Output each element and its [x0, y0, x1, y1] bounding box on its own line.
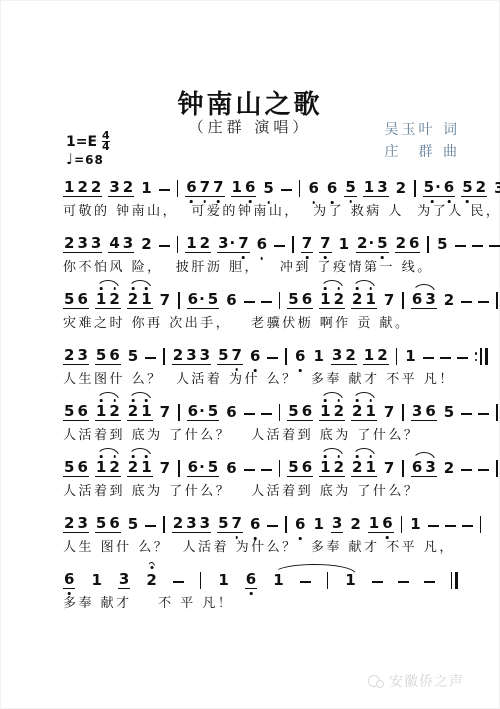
- note-group: [261, 301, 272, 309]
- slur-arc: [352, 448, 376, 458]
- note: 3: [91, 236, 101, 251]
- note: 6: [77, 404, 87, 419]
- barline: [496, 292, 498, 309]
- duration-dash: [398, 581, 409, 583]
- note: 1: [364, 348, 374, 363]
- note: 5: [64, 404, 74, 419]
- note: 7: [200, 180, 210, 195]
- score-system: 56122176·565612217632人活着到 底为 了什么？ 人活着到 底…: [63, 448, 474, 498]
- note: 5: [218, 516, 228, 531]
- note-group: 21: [127, 460, 153, 477]
- note-group: [159, 189, 170, 197]
- note: 1: [313, 517, 323, 532]
- note-group: 43: [108, 236, 134, 253]
- note-group: [478, 413, 489, 421]
- time-signature: 4 4: [102, 131, 110, 152]
- note-group: 6·5: [187, 404, 220, 421]
- slur-arc: [320, 280, 344, 290]
- barline: [496, 460, 498, 477]
- note-group: 6: [245, 572, 257, 589]
- note-group: [145, 525, 156, 533]
- duration-dash: [274, 245, 285, 247]
- note-group: [244, 469, 255, 477]
- barline: [178, 404, 180, 421]
- note: 1: [339, 237, 349, 252]
- note-group: 16: [231, 180, 257, 197]
- note-group: 21: [351, 404, 377, 421]
- note-group: 2: [395, 181, 407, 197]
- note: 5: [288, 404, 298, 419]
- note-group: 6: [307, 181, 319, 197]
- note-group: 2: [145, 573, 157, 589]
- note: 2·: [357, 236, 374, 251]
- note: 2: [141, 237, 151, 252]
- note-group: 32: [108, 180, 134, 197]
- note: 7: [160, 293, 170, 308]
- key-time-signature: 1=E 4 4: [66, 131, 110, 152]
- note-group: 2: [140, 237, 152, 253]
- note-group: 6: [256, 237, 268, 253]
- lyricist-credit: 吴玉叶 词: [385, 119, 460, 141]
- note-group: 6: [63, 572, 75, 589]
- note: 5: [96, 348, 106, 363]
- note-group: 32: [331, 348, 357, 365]
- lyrics-line: 多奉 献才 不 平 凡！: [63, 592, 474, 610]
- note: 1: [96, 460, 106, 475]
- note: 2: [173, 516, 183, 531]
- note-group: [244, 301, 255, 309]
- note-group: 12: [95, 404, 121, 421]
- note: 1: [218, 573, 228, 588]
- octave-dot-below: [386, 536, 389, 539]
- lyrics-line: 你不怕风 险， 披肝沥 胆， 冲到 了疫情第一 线。: [63, 256, 474, 274]
- note: 1: [96, 292, 106, 307]
- note: 6: [226, 293, 236, 308]
- duration-dash: [281, 189, 292, 191]
- note-group: 7: [319, 236, 331, 253]
- octave-dot-below: [331, 201, 334, 204]
- note-group: 5: [344, 180, 356, 197]
- duration-dash: [300, 581, 311, 583]
- note-group: 3·7: [217, 236, 250, 253]
- note-group: 5: [436, 237, 448, 253]
- lyrics-line: 人生 图什 么？ 人活着 为什么？ 多奉 献才 不平 凡，: [63, 536, 474, 554]
- note-group: 12: [319, 292, 345, 309]
- notation-line: 1223216771656651325·6523: [63, 168, 474, 197]
- octave-dot-below: [381, 256, 384, 259]
- note: 6: [302, 292, 312, 307]
- note-group: [281, 189, 292, 197]
- octave-dot-below: [431, 200, 434, 203]
- note-group: [267, 357, 278, 365]
- note-group: 12: [185, 236, 211, 253]
- duration-dash: [244, 413, 255, 415]
- barline: [285, 516, 287, 533]
- score-system: 235652335766132161人生 图什 么？ 人活着 为什么？ 多奉 献…: [63, 504, 474, 554]
- duration-dash: [372, 581, 383, 583]
- note: 5: [64, 460, 74, 475]
- notation-line: 56122176·565612217632: [63, 448, 474, 477]
- score-system: 56122176·565612217365人活着到 底为 了什么？ 人活着到 底…: [63, 392, 474, 442]
- note: 4: [109, 236, 119, 251]
- barline: [200, 572, 202, 589]
- note-group: 677: [185, 180, 224, 197]
- note: 5·: [424, 180, 441, 195]
- note-group: 3: [493, 181, 500, 197]
- note: 6: [250, 349, 260, 364]
- note-group: 57: [217, 348, 243, 365]
- duration-dash: [462, 525, 473, 527]
- score-system: 56122176·565612217632灾难之时 你再 次出手， 老骥伏枥 啊…: [63, 280, 474, 330]
- duration-dash: [461, 413, 472, 415]
- octave-dot-below: [324, 256, 327, 259]
- note: 1: [273, 573, 283, 588]
- note: 5: [444, 405, 454, 420]
- note: 6: [246, 572, 256, 587]
- slur-arc: [96, 392, 120, 402]
- barline: [285, 348, 287, 365]
- slur-arc: [273, 564, 355, 574]
- note-group: 36: [411, 404, 437, 421]
- note: 2: [352, 292, 362, 307]
- note-group: 56: [63, 404, 89, 421]
- duration-dash: [461, 301, 472, 303]
- note-group: 6: [225, 293, 237, 309]
- barline: [401, 516, 403, 533]
- note-group: 5: [127, 517, 139, 533]
- note: 7: [160, 405, 170, 420]
- barline: [475, 348, 488, 365]
- barline: [163, 516, 165, 533]
- note: 3: [425, 460, 435, 475]
- duration-dash: [445, 525, 456, 527]
- note: 5: [263, 181, 273, 196]
- note-group: 56: [287, 292, 313, 309]
- note-group: 21: [351, 460, 377, 477]
- note: 6: [412, 460, 422, 475]
- note: 1: [91, 573, 101, 588]
- duration-dash: [173, 581, 184, 583]
- note: 5: [288, 292, 298, 307]
- note: 1: [410, 517, 420, 532]
- note: 1: [345, 573, 355, 588]
- sheet-music-page: 钟南山之歌 （庄群 演唱） 吴玉叶 词 庄 群 曲 1=E 4 4 ♩=68 1…: [0, 0, 500, 709]
- note: 1: [365, 460, 375, 475]
- note-group: 56: [95, 348, 121, 365]
- octave-dot-below: [466, 200, 469, 203]
- note: 3: [77, 348, 87, 363]
- note: 2: [476, 180, 486, 195]
- duration-dash: [244, 469, 255, 471]
- note: 7: [238, 236, 248, 251]
- note-group: 56: [95, 516, 121, 533]
- lyrics-line: 灾难之时 你再 次出手， 老骥伏枥 啊作 贡 献。: [63, 312, 474, 330]
- note: 6: [302, 460, 312, 475]
- slur-arc: [96, 280, 120, 290]
- note-group: 2·5: [356, 236, 389, 253]
- note-group: [457, 357, 468, 365]
- slur-arc: [320, 392, 344, 402]
- barline: [451, 572, 459, 589]
- duration-dash: [489, 245, 500, 247]
- duration-dash: [478, 301, 489, 303]
- note-group: 1: [338, 237, 350, 253]
- note: 6: [409, 236, 419, 251]
- duration-dash: [145, 525, 156, 527]
- note: 5: [377, 236, 387, 251]
- note: 6: [412, 292, 422, 307]
- note: 1: [365, 404, 375, 419]
- note: 7: [384, 405, 394, 420]
- note-group: 63: [411, 292, 437, 309]
- note: 1: [141, 404, 151, 419]
- octave-dot-below: [254, 369, 257, 372]
- note-group: 6: [294, 349, 306, 365]
- octave-dot-below: [349, 200, 352, 203]
- note-group: 1: [217, 573, 229, 589]
- note: 1: [186, 236, 196, 251]
- duration-dash: [159, 245, 170, 247]
- duration-dash: [423, 357, 434, 359]
- note-group: 5·6: [423, 180, 456, 197]
- octave-dot-below: [235, 536, 238, 539]
- note-group: 7: [159, 461, 171, 477]
- slur-arc: [320, 448, 344, 458]
- note: 2: [64, 348, 74, 363]
- duration-dash: [461, 469, 472, 471]
- duration-dash: [424, 581, 435, 583]
- note-group: 12: [363, 348, 389, 365]
- note-group: 63: [411, 460, 437, 477]
- note-group: 6: [249, 349, 261, 365]
- note-group: 1: [312, 517, 324, 533]
- note: 1: [141, 181, 151, 196]
- quarter-note-icon: ♩: [66, 150, 74, 168]
- barline: [292, 236, 294, 253]
- note-group: [462, 525, 473, 533]
- note: 2: [334, 404, 344, 419]
- note: 3: [186, 516, 196, 531]
- note-group: 1: [404, 349, 416, 365]
- note: 6·: [188, 460, 205, 475]
- duration-dash: [261, 469, 272, 471]
- note-group: [423, 357, 434, 365]
- octave-dot-below: [254, 537, 257, 540]
- note-group: 16: [368, 516, 394, 533]
- note: 5: [64, 292, 74, 307]
- duration-dash: [267, 357, 278, 359]
- augmentation-dot: ·: [230, 234, 236, 252]
- note-group: [428, 525, 439, 533]
- augmentation-dot: ·: [199, 402, 205, 420]
- note-group: 7: [383, 293, 395, 309]
- note: 5: [218, 348, 228, 363]
- note-group: [478, 301, 489, 309]
- note: 5: [208, 404, 218, 419]
- barline: [178, 292, 180, 309]
- note-group: [445, 525, 456, 533]
- lyrics-line: 人活着到 底为 了什么？ 人活着到 底为 了什么？: [63, 424, 474, 442]
- note: 7: [160, 461, 170, 476]
- notation-line: 235652335766132121: [63, 336, 474, 365]
- augmentation-dot: ·: [435, 178, 441, 196]
- note: 5: [96, 516, 106, 531]
- note-group: [461, 413, 472, 421]
- note: 2: [146, 573, 156, 588]
- note-group: 7: [301, 236, 313, 253]
- note: 6: [257, 237, 267, 252]
- note: 5: [128, 349, 138, 364]
- note: 1: [320, 292, 330, 307]
- note: 1: [232, 180, 242, 195]
- watermark-logo-icon: [368, 674, 384, 688]
- note: 6: [425, 404, 435, 419]
- note: 2: [173, 348, 183, 363]
- note-group: [173, 581, 184, 589]
- note: 6: [226, 461, 236, 476]
- note: 3: [425, 292, 435, 307]
- note: 3: [200, 348, 210, 363]
- duration-dash: [261, 301, 272, 303]
- note-group: 26: [395, 236, 421, 253]
- note-group: 5: [443, 405, 455, 421]
- augmentation-dot: ·: [199, 458, 205, 476]
- duration-dash: [478, 469, 489, 471]
- note: 1: [365, 292, 375, 307]
- slur-arc: [128, 448, 152, 458]
- note: 6: [250, 517, 260, 532]
- note-group: 3: [118, 572, 130, 589]
- score-area: 1223216771656651325·6523可敬的 钟南山， 可爱的钟南山，…: [63, 168, 474, 616]
- score-system: 1223216771656651325·6523可敬的 钟南山， 可爱的钟南山，…: [63, 168, 474, 218]
- note: 3·: [218, 236, 235, 251]
- note: 2: [396, 181, 406, 196]
- score-system: 235652335766132121人生图什 么？ 人活着 为什 么？ 多奉 献…: [63, 336, 474, 386]
- note-group: 6: [326, 181, 338, 197]
- note: 1: [313, 349, 323, 364]
- note-group: [398, 581, 409, 589]
- note-group: 6: [294, 517, 306, 533]
- octave-dot-below: [249, 200, 252, 203]
- note: 2: [396, 236, 406, 251]
- note-group: 7: [383, 405, 395, 421]
- note: 7: [320, 236, 330, 251]
- octave-dot-below: [190, 200, 193, 203]
- note-group: 1: [140, 181, 152, 197]
- slur-arc: [128, 392, 152, 402]
- note-group: 2: [349, 517, 361, 533]
- notation-line: 56122176·565612217632: [63, 280, 474, 309]
- note-group: [461, 301, 472, 309]
- note-group: 122: [63, 180, 102, 197]
- note: 2: [109, 292, 119, 307]
- note-group: [424, 581, 435, 589]
- note: 1: [364, 180, 374, 195]
- note-group: 1: [344, 573, 356, 589]
- octave-dot-below: [261, 257, 264, 260]
- note: 2: [77, 180, 87, 195]
- note-group: [274, 245, 285, 253]
- note: 3: [77, 236, 87, 251]
- barline: [427, 236, 429, 253]
- note: 5: [437, 237, 447, 252]
- barline: [480, 516, 482, 533]
- duration-dash: [145, 357, 156, 359]
- note: 7: [302, 236, 312, 251]
- note-group: 5: [127, 349, 139, 365]
- note: 3: [123, 236, 133, 251]
- note-group: [455, 245, 466, 253]
- note: 2: [345, 348, 355, 363]
- note: 1: [369, 516, 379, 531]
- octave-dot-below: [235, 368, 238, 371]
- note: 2: [64, 516, 74, 531]
- duration-dash: [455, 245, 466, 247]
- duration-dash: [159, 189, 170, 191]
- note: 5: [128, 517, 138, 532]
- note-group: 6: [225, 461, 237, 477]
- slur-arc: [128, 280, 152, 290]
- note: 2: [64, 236, 74, 251]
- note-group: 21: [127, 292, 153, 309]
- note: 2: [334, 292, 344, 307]
- note: 6: [295, 349, 305, 364]
- barline: [402, 460, 404, 477]
- octave-dot-below: [204, 200, 207, 203]
- octave-dot-below: [250, 592, 253, 595]
- note-group: 1: [312, 349, 324, 365]
- note-group: [372, 581, 383, 589]
- augmentation-dot: ·: [368, 234, 374, 252]
- barline: [163, 348, 165, 365]
- note-group: 6·5: [187, 460, 220, 477]
- lyrics-line: 人活着到 底为 了什么？ 人活着到 底为 了什么？: [63, 480, 474, 498]
- note-group: [461, 469, 472, 477]
- barline: [299, 180, 301, 197]
- note-group: 21: [127, 404, 153, 421]
- octave-dot-below: [267, 201, 270, 204]
- note: 7: [384, 293, 394, 308]
- note: 5: [288, 460, 298, 475]
- note: 1: [320, 404, 330, 419]
- note: 6: [109, 348, 119, 363]
- barline: [178, 460, 180, 477]
- note: 2: [444, 293, 454, 308]
- lyrics-line: 人生图什 么？ 人活着 为什 么？ 多奉 献才 不平 凡！: [63, 368, 474, 386]
- note-group: 6: [249, 517, 261, 533]
- tempo-value: =68: [74, 153, 104, 167]
- note: 2: [128, 460, 138, 475]
- note: 2: [123, 180, 133, 195]
- note: 2: [444, 461, 454, 476]
- note: 7: [232, 348, 242, 363]
- duration-dash: [478, 413, 489, 415]
- note-group: 23: [63, 516, 89, 533]
- note: 3: [332, 516, 342, 531]
- note: 5: [208, 292, 218, 307]
- note-group: 12: [319, 460, 345, 477]
- barline: [496, 404, 498, 421]
- duration-dash: [472, 245, 483, 247]
- note: 6: [295, 517, 305, 532]
- note: 1: [320, 460, 330, 475]
- barline: [414, 180, 416, 197]
- note: 3: [109, 180, 119, 195]
- note: 6·: [188, 404, 205, 419]
- note: 7: [213, 180, 223, 195]
- note: 6: [77, 292, 87, 307]
- slur-arc: [352, 280, 376, 290]
